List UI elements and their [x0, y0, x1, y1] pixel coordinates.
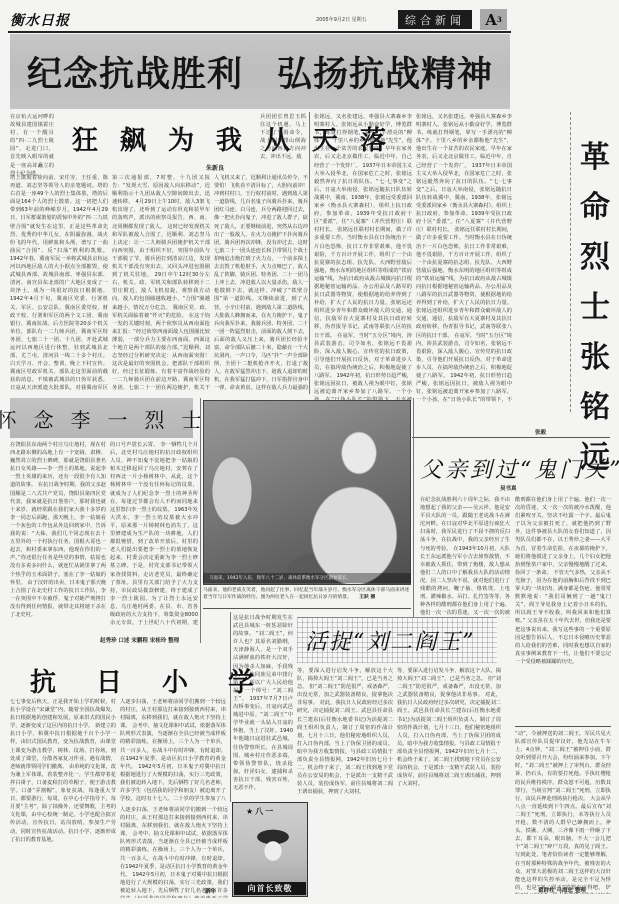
section-label: 综合新闻 — [398, 10, 472, 29]
article-kangri-title: 抗日小学 — [30, 662, 294, 699]
banner-headline-left: 纪念抗战胜利 — [27, 55, 243, 95]
article-kuangbiao-col4: 兵团团长曾思玉抓住这个机遇，马上下达了突围命令，战士们以排山倒海之势向西南方向冲… — [260, 113, 306, 173]
issue-date: 2005年9月2日 星期五 — [316, 16, 367, 23]
article-huozhuo-signature: 翟群柱 马海忠 整理 — [538, 886, 586, 894]
article-huozhuo-col1: 这是抗日战争时期发生在武邑县城东一桩惩恶除奸的故事。 “刘二阎王”，何许人也？其… — [233, 614, 293, 800]
photo-credit: 王跃 摄 — [359, 595, 375, 600]
title-char: 士 — [580, 282, 610, 326]
veteran-photo — [203, 400, 411, 585]
column-divider — [309, 112, 310, 394]
article-zhangmingyuan-col-b: 张铭远，又名张建远，枣强县大寨森乡李明寨村人。张铭远从小勤奋好学，博览群书，练就… — [416, 113, 512, 403]
section-divider — [412, 437, 610, 438]
title-char: 张 — [580, 332, 610, 376]
masthead-divider — [8, 31, 511, 33]
article-zhangmingyuan-col-a: 张铭远，又名张建远，枣强县大寨森乡李明寨村人。张铭远从小勤奋好学，博览群书，练就… — [314, 113, 412, 401]
page-number: 3 — [497, 15, 502, 24]
article-kuangbiao-col3: 人飞机又来了，迟顺利让通讯员传令，不要怕！飞机看不清目标了，大胆向前冲！冲到村村… — [214, 174, 308, 392]
newspaper-logo: 衡水日报 — [10, 10, 70, 30]
article-zhangmingyuan-signature: 张毅 — [535, 428, 546, 436]
article-guimenguan-col2: 酷刑都在他们身上用了个遍。他们一次一次的昏迷，又一次一次的被冷水泼醒，他们紧咬牙… — [515, 496, 611, 722]
page-letter: A — [485, 11, 497, 29]
banner-headline: 纪念抗战胜利弘扬抗战精神 — [27, 47, 493, 97]
page-number-badge: A3 — [480, 9, 507, 30]
article-huainian-col1: 在饶阳县东南两个村庄乌庄地村，现在村西北路东侧的高地上有一个宽阔、肃穆、巍然耸立… — [10, 441, 106, 627]
photo-overlay-caption: 马面来，1942年入伍，现年八十二岁，离休前系衡水军分区副参谋长。 — [203, 573, 411, 583]
section-divider — [203, 608, 411, 609]
photo-caption-text: 马面来，他的老战友笑着，他问起了往事，回忆起当年战斗岁月，衡水军分区离休干部马面… — [203, 588, 409, 600]
article-huozhuo-title: 活捉“刘二阎王” — [305, 625, 476, 656]
title-char: 革 — [580, 132, 610, 176]
article-huozhuo-title-box: 活捉“刘二阎王” — [297, 617, 497, 663]
article-kangri-col2b: 人逐步扫荡，王老师将前同学们搬到一个较远的村庄，从王村那边打来接到接到西村来，串… — [120, 806, 228, 898]
article-zhangmingyuan-title: 革 命 烈 士 张 铭 远 — [575, 132, 615, 476]
column-divider — [200, 398, 201, 643]
title-char: 铭 — [580, 382, 610, 426]
column-divider — [570, 112, 571, 412]
article-guimenguan-title: 父亲到过“鬼门关” — [420, 453, 619, 484]
column-divider — [230, 612, 231, 802]
article-huainian-title-box: 怀念李一烈士 — [10, 398, 193, 438]
photo-caption: 马面来，他的老战友笑着，他问起了往事，回忆起当年战斗岁月，衡水军分区离休干部马面… — [203, 587, 411, 601]
article-kangri-col1: 七七事变后秋天，正是我开始上学的时候，村抗小学设在“宋谦堂”内，随着全国抗战爆发… — [10, 698, 116, 898]
headline-banner: 纪念抗战胜利弘扬抗战精神 — [10, 34, 510, 109]
poster-banner-text: 向首长致敬 — [234, 882, 306, 895]
article-huozhuo-col2: 等，要深入进行启发斗争，解放这个大队，揭掉大阎王“刘二阎王”，已是当务之急。 但… — [297, 667, 393, 895]
article-kangri-signature: 新华 — [205, 887, 216, 895]
article-kangri-col2: 人逐步扫荡，王老师将前同学们搬到一个较远的村庄，从王村那边打来接到接到西村来，串… — [120, 698, 226, 802]
article-guimenguan-col1: 在纪念抗战胜利六十周年之际，我不由地想起了我的父亲——吴云祥。他是安平县大队的一… — [420, 496, 510, 618]
article-kuangbiao-col1: 塔上镌刻着徐向前、宋任穷、王任重、陈再道、刘志坚等领导人的亲笔题词。塔的右首是一… — [10, 174, 108, 392]
article-huozhuo-col3: “动”，令被押送的刘二阎王，军民共见大队部宣传队员提审汉奸，他先站在牛车上，4点… — [515, 730, 611, 894]
banner-headline-right: 弘扬抗战精神 — [277, 55, 493, 95]
article-kuangbiao-col2: 第三次通报部，7时整，十九团又报告：“发现大雪，原因敌人向东移动”，迟顺利指示十… — [112, 174, 210, 392]
article-guimenguan-byline: 吴书真 — [500, 484, 517, 492]
article-kuangbiao-byline: 朱新良 — [206, 163, 224, 172]
poster-bayi-text: ★八一 — [246, 806, 275, 817]
article-huainian-signature: 赵秀珍 口述 宋鹏程 宋桂玲 整理 — [100, 636, 179, 644]
column-divider — [413, 398, 414, 618]
article-huozhuo-col2b: 等，要深入进行启发斗争，解放这个大队，揭掉大阎王“刘二阎王”，已是当务之急。 但… — [397, 667, 501, 895]
article-huainian-col2: 的口号声震长云霄。 李一牺牲几个月后，北史村乌庄地村的抗日政权组织人员，神不知鬼… — [110, 441, 198, 627]
title-char: 命 — [580, 182, 610, 226]
title-char: 烈 — [580, 232, 610, 276]
section-divider — [515, 726, 611, 727]
article-huainian-title: 怀念李一烈士 — [0, 404, 219, 433]
